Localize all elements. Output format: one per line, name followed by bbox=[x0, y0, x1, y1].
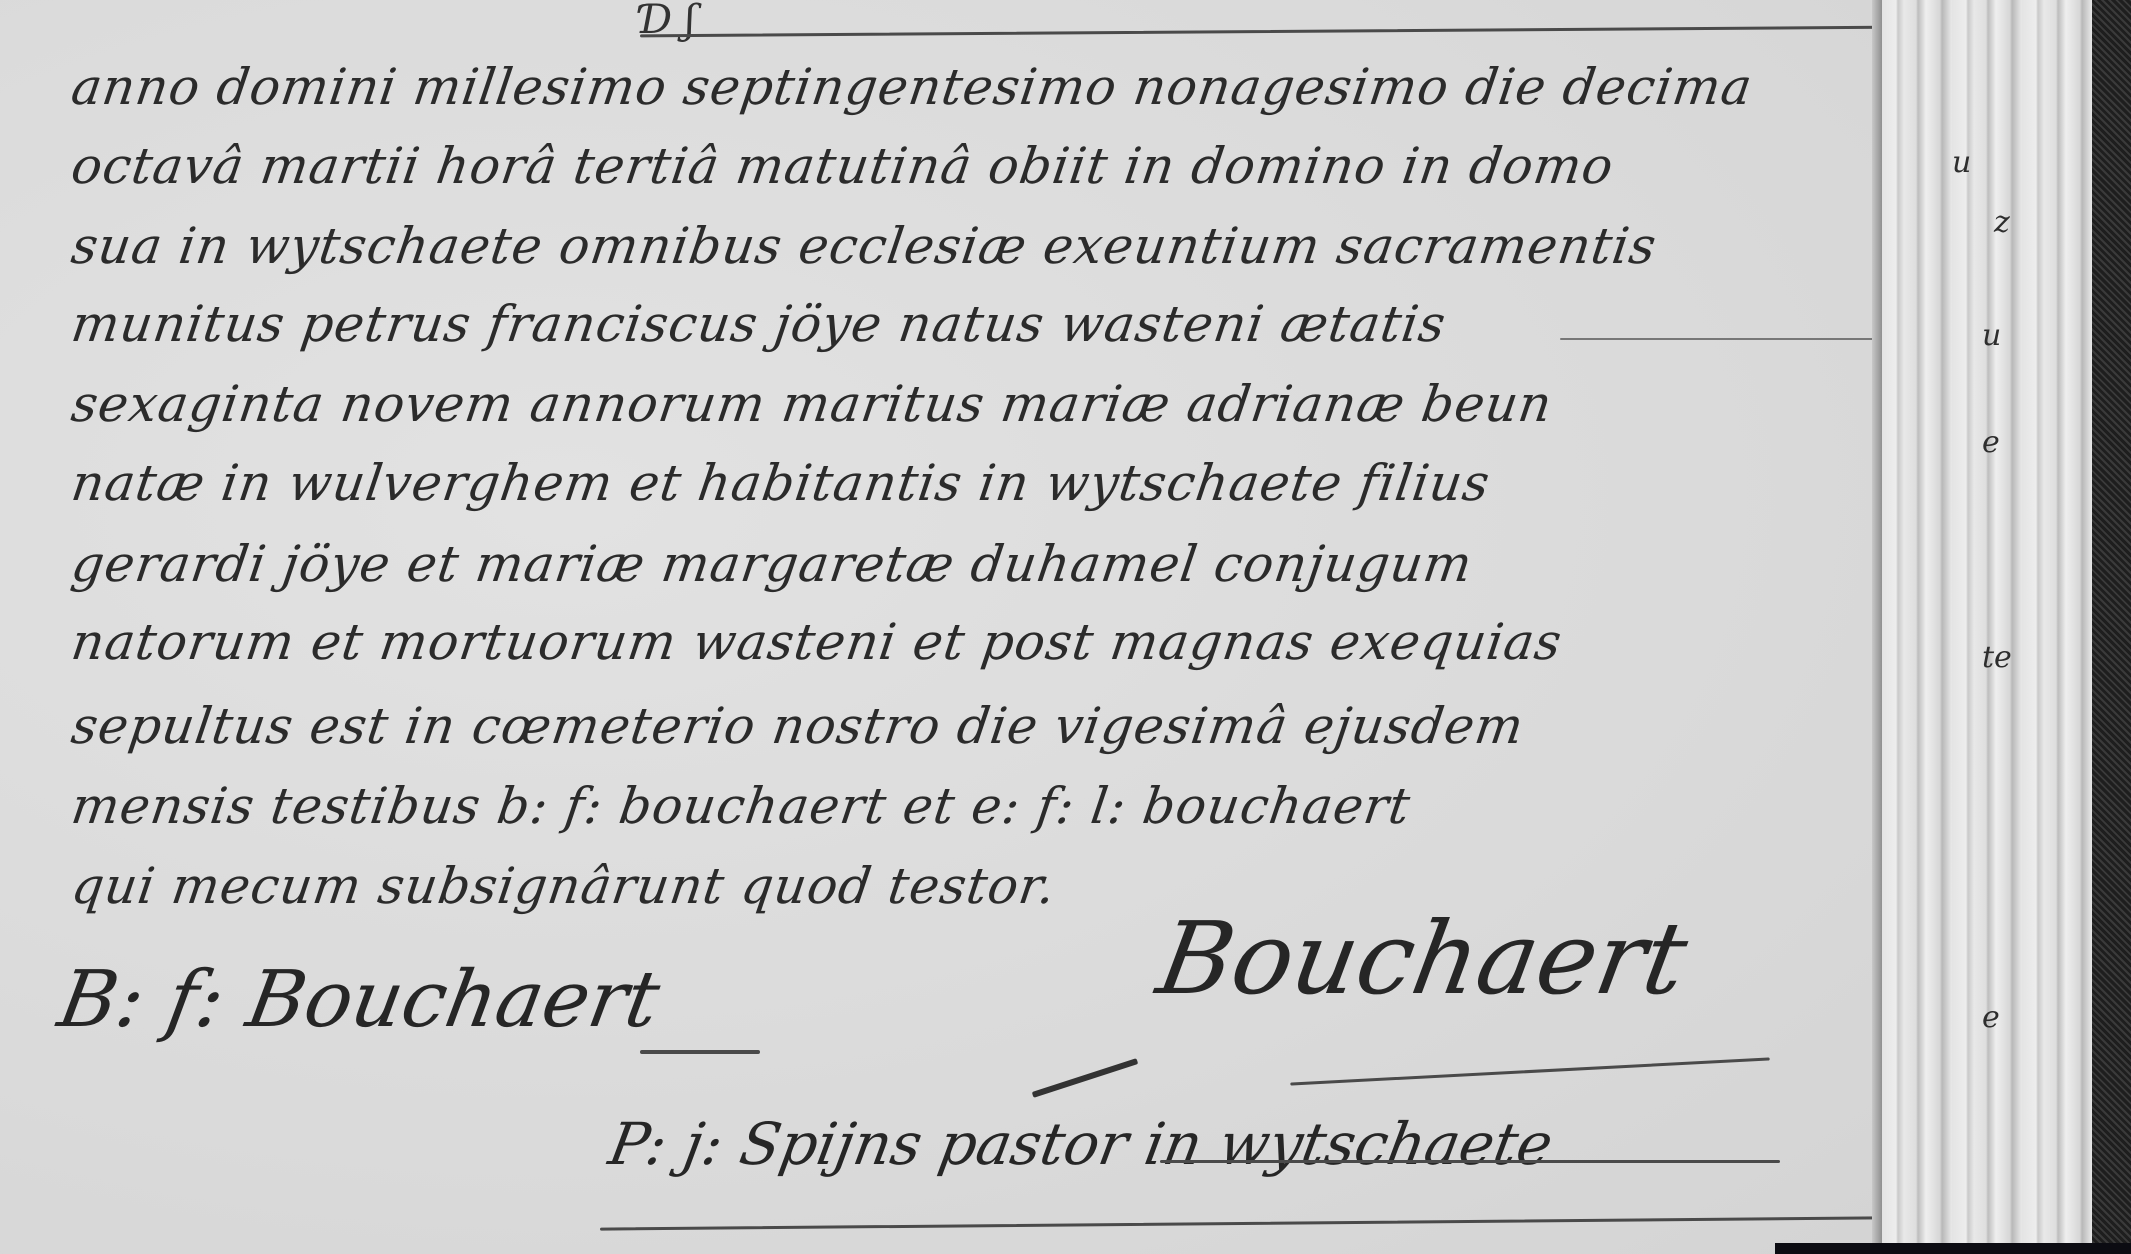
manuscript-page: Ɗ ʃ anno domini millesimo septingentesim… bbox=[0, 0, 1882, 1254]
margin-mark-3: z bbox=[1994, 205, 2010, 240]
margin-mark-4: u bbox=[1982, 318, 2001, 353]
text-line-4: munitus petrus franciscus jöye natus was… bbox=[68, 295, 1450, 353]
text-line-1: anno domini millesimo septingentesimo no… bbox=[68, 58, 1756, 116]
text-line-9: sepultus est in cœmeterio nostro die vig… bbox=[68, 697, 1528, 755]
margin-mark-6: te bbox=[1982, 640, 2012, 675]
signature-right-underline bbox=[1290, 1057, 1769, 1085]
text-line-6: natæ in wulverghem et habitantis in wyts… bbox=[68, 454, 1494, 512]
signature-dash bbox=[1032, 1058, 1138, 1098]
text-line-10: mensis testibus b: f: bouchaert et e: f:… bbox=[68, 777, 1414, 835]
margin-mark-7: e bbox=[1982, 1000, 2000, 1035]
text-line-8: natorum et mortuorum wasteni et post mag… bbox=[68, 613, 1566, 671]
margin-mark-2: u bbox=[1952, 145, 1971, 180]
text-line-5: sexaginta novem annorum maritus mariæ ad… bbox=[68, 375, 1556, 433]
margin-mark-5: e bbox=[1982, 425, 2000, 460]
page-edges: u z u e te e bbox=[1882, 0, 2092, 1254]
signature-left: B: f: Bouchaert bbox=[52, 955, 666, 1045]
book-binding bbox=[2092, 0, 2131, 1254]
line-4-underline bbox=[1560, 338, 1880, 340]
pastor-underline bbox=[1160, 1160, 1780, 1163]
signature-left-flourish bbox=[640, 1050, 760, 1054]
pastor-signature: P: j: Spijns pastor in wytschaete bbox=[604, 1110, 1558, 1178]
bottom-rule bbox=[600, 1216, 1880, 1230]
text-line-7: gerardi jöye et mariæ margaretæ duhamel … bbox=[68, 535, 1476, 593]
text-line-2: octavâ martii horâ tertiâ matutinâ obiit… bbox=[68, 137, 1618, 195]
corner-black-bar bbox=[1775, 1243, 2131, 1254]
text-line-11: qui mecum subsignârunt quod testor. bbox=[68, 857, 1060, 915]
top-rule bbox=[640, 26, 1900, 38]
signature-right: Bouchaert bbox=[1150, 900, 1696, 1017]
text-line-3: sua in wytschaete omnibus ecclesiæ exeun… bbox=[68, 217, 1660, 275]
